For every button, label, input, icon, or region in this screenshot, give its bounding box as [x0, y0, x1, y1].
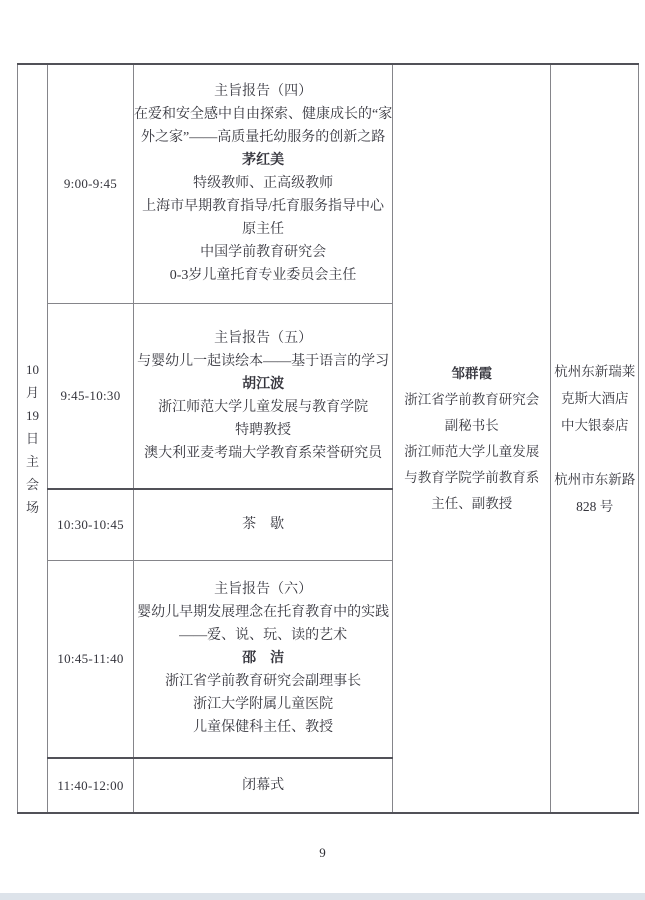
session-time: 9:00-9:45 [48, 64, 134, 303]
session-line: 原主任 [134, 218, 392, 241]
session-time: 11:40-12:00 [48, 758, 134, 813]
speaker-name: 胡江波 [134, 373, 392, 396]
session-line: 浙江大学附属儿童医院 [134, 693, 392, 716]
conference-schedule-table: 10 月 19 日 主 会 场 9:00-9:45 主旨报告（四） 在爱和安全感… [17, 63, 639, 814]
session-content: 主旨报告（六） 婴幼儿早期发展理念在托育教育中的实践 ——爱、说、玩、读的艺术 … [134, 560, 393, 758]
host-name: 邹群霞 [393, 361, 550, 387]
session-line: 上海市早期教育指导/托育服务指导中心 [134, 195, 392, 218]
closing-ceremony-label: 闭幕式 [134, 774, 392, 797]
venue-line: 杭州市东新路 [551, 466, 638, 493]
page-number: 9 [0, 845, 645, 861]
session-content: 闭幕式 [134, 758, 393, 813]
host-line: 与教育学院学前教育系 [393, 465, 550, 491]
session-title: 主旨报告（四） [134, 80, 392, 103]
session-line: 儿童保健科主任、教授 [134, 716, 392, 739]
session-line: ——爱、说、玩、读的艺术 [134, 624, 392, 647]
host-line: 浙江省学前教育研究会 [393, 387, 550, 413]
session-content: 茶 歇 [134, 489, 393, 560]
session-line: 浙江师范大学儿童发展与教育学院 [134, 396, 392, 419]
session-line: 澳大利亚麦考瑞大学教育系荣誉研究员 [134, 442, 392, 465]
session-time: 10:30-10:45 [48, 489, 134, 560]
session-line: 特级教师、正高级教师 [134, 172, 392, 195]
session-content: 主旨报告（五） 与婴幼儿一起读绘本——基于语言的学习 胡江波 浙江师范大学儿童发… [134, 303, 393, 489]
date-segment: 主 [18, 450, 47, 473]
session-line: 外之家”——高质量托幼服务的创新之路 [134, 126, 392, 149]
speaker-name: 邵 洁 [134, 647, 392, 670]
tea-break-label: 茶 歇 [134, 513, 392, 536]
session-title: 主旨报告（五） [134, 327, 392, 350]
session-time: 9:45-10:30 [48, 303, 134, 489]
date-segment: 场 [18, 496, 47, 519]
session-line: 在爱和安全感中自由探索、健康成长的“家 [134, 103, 392, 126]
session-line: 0-3岁儿童托育专业委员会主任 [134, 264, 392, 287]
session-title: 主旨报告（六） [134, 578, 392, 601]
page-bottom-edge [0, 893, 645, 900]
venue-line-spacer [551, 439, 638, 466]
session-line: 中国学前教育研究会 [134, 241, 392, 264]
host-line: 主任、副教授 [393, 491, 550, 517]
table-row: 10 月 19 日 主 会 场 9:00-9:45 主旨报告（四） 在爱和安全感… [18, 64, 639, 303]
document-page: 10 月 19 日 主 会 场 9:00-9:45 主旨报告（四） 在爱和安全感… [0, 0, 645, 900]
venue-line: 克斯大酒店 [551, 385, 638, 412]
speaker-name: 茅红美 [134, 149, 392, 172]
venue-line: 杭州东新瑞莱 [551, 358, 638, 385]
host-line: 浙江师范大学儿童发展 [393, 439, 550, 465]
venue-cell: 杭州东新瑞莱 克斯大酒店 中大银泰店 杭州市东新路 828 号 [551, 64, 639, 813]
session-line: 浙江省学前教育研究会副理事长 [134, 670, 392, 693]
host-cell: 邹群霞 浙江省学前教育研究会 副秘书长 浙江师范大学儿童发展 与教育学院学前教育… [393, 64, 551, 813]
host-line: 副秘书长 [393, 413, 550, 439]
session-line: 婴幼儿早期发展理念在托育教育中的实践 [134, 601, 392, 624]
session-time: 10:45-11:40 [48, 560, 134, 758]
venue-line: 828 号 [551, 493, 638, 520]
session-line: 特聘教授 [134, 419, 392, 442]
date-cell: 10 月 19 日 主 会 场 [18, 64, 48, 813]
session-line: 与婴幼儿一起读绘本——基于语言的学习 [134, 350, 392, 373]
date-segment: 日 [18, 427, 47, 450]
date-segment: 19 [18, 404, 47, 427]
session-content: 主旨报告（四） 在爱和安全感中自由探索、健康成长的“家 外之家”——高质量托幼服… [134, 64, 393, 303]
date-segment: 月 [18, 381, 47, 404]
date-segment: 10 [18, 358, 47, 381]
venue-line: 中大银泰店 [551, 412, 638, 439]
date-segment: 会 [18, 473, 47, 496]
